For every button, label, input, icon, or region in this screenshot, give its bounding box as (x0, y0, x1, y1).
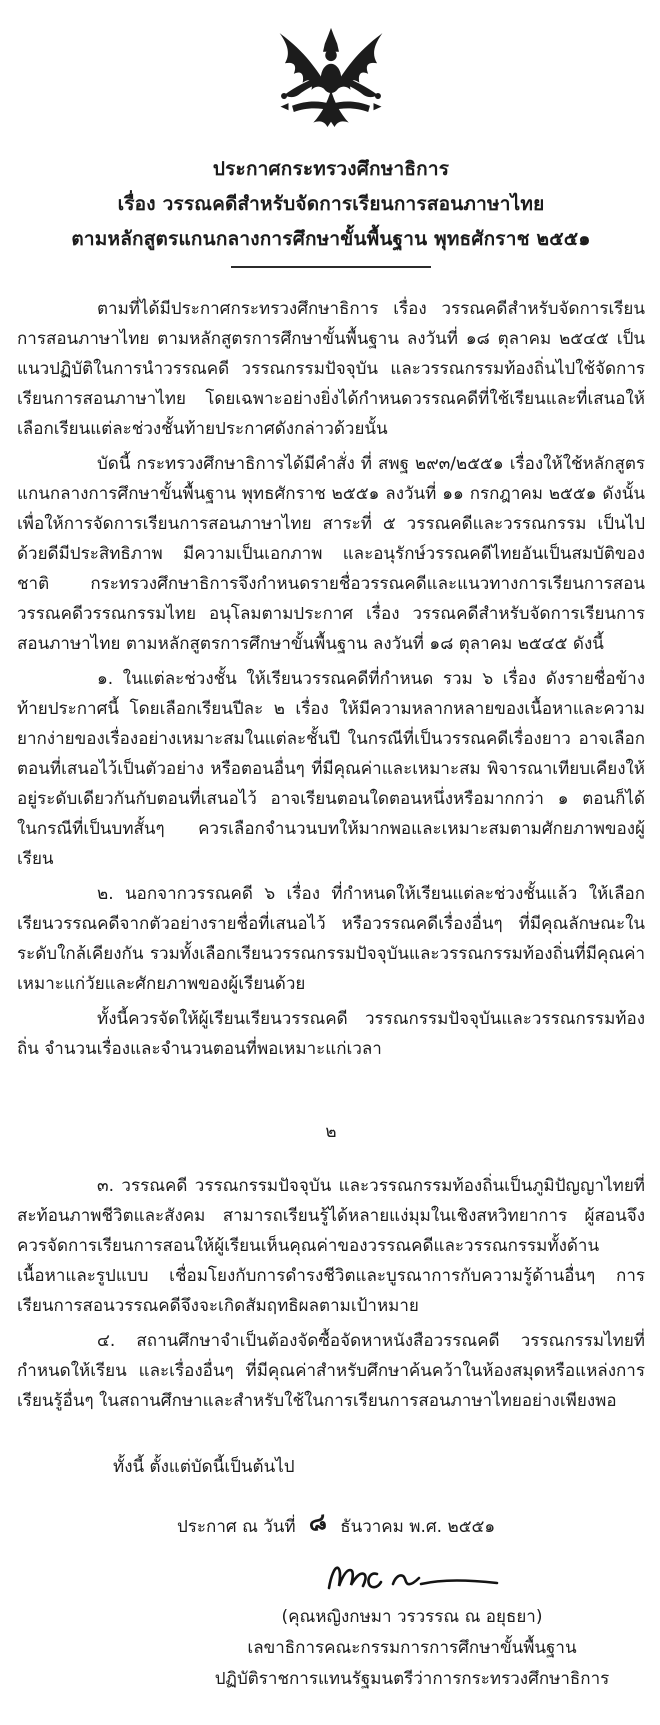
signature-block: (คุณหญิงกษมา วรวรรณ ณ อยุธยา) เลขาธิการค… (177, 1558, 647, 1695)
signatory-title-1: เลขาธิการคณะกรรมการการศึกษาขั้นพื้นฐาน (177, 1633, 647, 1664)
title-line-3: ตามหลักสูตรแกนกลางการศึกษาขั้นพื้นฐาน พุ… (17, 222, 645, 257)
title-line-2: เรื่อง วรรณคดีสำหรับจัดการเรียนการสอนภาษ… (17, 187, 645, 222)
title-divider (231, 266, 431, 268)
page1-body: ตามที่ได้มีประกาศกระทรวงศึกษาธิการ เรื่อ… (17, 294, 645, 1064)
garuda-emblem-icon (269, 22, 393, 140)
signatory-title-2: ปฏิบัติราชการแทนรัฐมนตรีว่าการกระทรวงศึก… (177, 1664, 647, 1695)
list-item-4: ๔. สถานศึกษาจำเป็นต้องจัดซื้อจัดหาหนังสื… (17, 1326, 645, 1416)
closing-statement: ทั้งนี้ ตั้งแต่บัดนี้เป็นต้นไป (113, 1452, 645, 1482)
signature-scribble-icon (317, 1558, 507, 1598)
handwritten-day: ๘ (306, 1507, 329, 1540)
date-prefix: ประกาศ ณ วันที่ (177, 1517, 296, 1537)
page-number: ๒ (17, 1118, 645, 1145)
list-item-1: ๑. ในแต่ละช่วงชั้น ให้เรียนวรรณคดีที่กำห… (17, 664, 645, 874)
document-title: ประกาศกระทรวงศึกษาธิการ เรื่อง วรรณคดีสำ… (17, 152, 645, 257)
list-item-3: ๓. วรรณคดี วรรณกรรมปัจจุบัน และวรรณกรรมท… (17, 1171, 645, 1321)
paragraph-order: บัดนี้ กระทรวงศึกษาธิการได้มีคำสั่ง ที่ … (17, 449, 645, 659)
signatory-name: (คุณหญิงกษมา วรวรรณ ณ อยุธยา) (177, 1602, 647, 1633)
document-page: ประกาศกระทรวงศึกษาธิการ เรื่อง วรรณคดีสำ… (0, 0, 660, 1725)
page2-body: ๓. วรรณคดี วรรณกรรมปัจจุบัน และวรรณกรรมท… (17, 1171, 645, 1416)
list-item-2: ๒. นอกจากวรรณคดี ๖ เรื่อง ที่กำหนดให้เรี… (17, 879, 645, 999)
title-line-1: ประกาศกระทรวงศึกษาธิการ (17, 152, 645, 187)
date-suffix: ธันวาคม พ.ศ. ๒๕๕๑ (340, 1517, 495, 1537)
paragraph-note: ทั้งนี้ควรจัดให้ผู้เรียนเรียนวรรณคดี วรร… (17, 1004, 645, 1064)
paragraph-preamble: ตามที่ได้มีประกาศกระทรวงศึกษาธิการ เรื่อ… (17, 294, 645, 444)
announcement-date-line: ประกาศ ณ วันที่ ๘ ธันวาคม พ.ศ. ๒๕๕๑ (177, 1510, 645, 1542)
